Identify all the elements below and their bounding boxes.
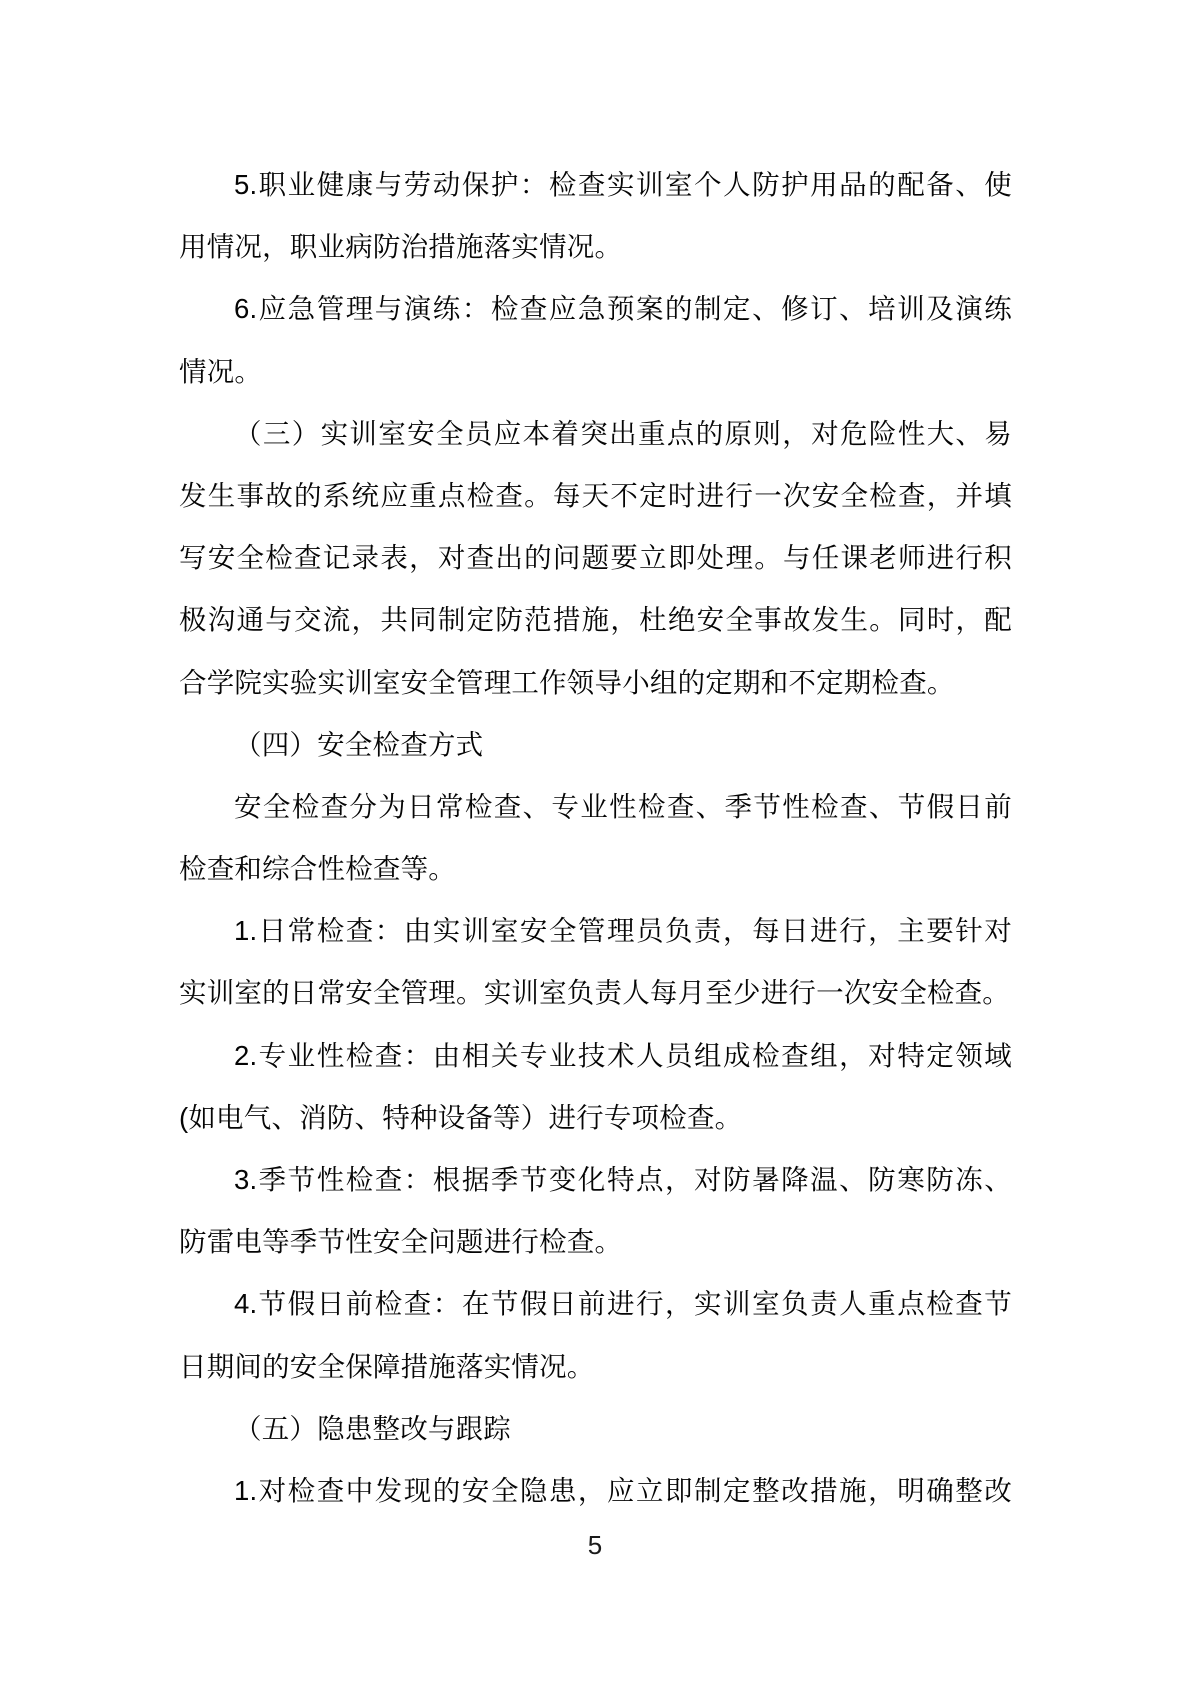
paragraph-line: (如电气、消防、特种设备等）进行专项检查。 bbox=[179, 1087, 1012, 1149]
paragraph-line: 4.节假日前检查：在节假日前进行，实训室负责人重点检查节 bbox=[179, 1273, 1012, 1335]
paragraph-line: 情况。 bbox=[179, 341, 1012, 403]
paragraph-line: 实训室的日常安全管理。实训室负责人每月至少进行一次安全检查。 bbox=[179, 962, 1012, 1024]
paragraph-line: 安全检查分为日常检查、专业性检查、季节性检查、节假日前 bbox=[179, 776, 1012, 838]
paragraph-line: 合学院实验实训室安全管理工作领导小组的定期和不定期检查。 bbox=[179, 652, 1012, 714]
section-heading-line: （五）隐患整改与跟踪 bbox=[179, 1398, 1012, 1460]
section-heading-line: （四）安全检查方式 bbox=[179, 714, 1012, 776]
paragraph-line: 1.对检查中发现的安全隐患，应立即制定整改措施，明确整改 bbox=[179, 1460, 1012, 1522]
paragraph-line: 检查和综合性检查等。 bbox=[179, 838, 1012, 900]
paragraph-line: 用情况，职业病防治措施落实情况。 bbox=[179, 216, 1012, 278]
paragraph-line: 5.职业健康与劳动保护：检查实训室个人防护用品的配备、使 bbox=[179, 154, 1012, 216]
paragraph-line: 1.日常检查：由实训室安全管理员负责，每日进行，主要针对 bbox=[179, 900, 1012, 962]
paragraph-line: 写安全检查记录表，对查出的问题要立即处理。与任课老师进行积 bbox=[179, 527, 1012, 589]
paragraph-line: 2.专业性检查：由相关专业技术人员组成检查组，对特定领域 bbox=[179, 1025, 1012, 1087]
document-text-block: 5.职业健康与劳动保护：检查实训室个人防护用品的配备、使 用情况，职业病防治措施… bbox=[179, 154, 1012, 1522]
paragraph-line: 3.季节性检查：根据季节变化特点，对防暑降温、防寒防冻、 bbox=[179, 1149, 1012, 1211]
paragraph-line: 发生事故的系统应重点检查。每天不定时进行一次安全检查，并填 bbox=[179, 465, 1012, 527]
paragraph-line: 6.应急管理与演练：检查应急预案的制定、修订、培训及演练 bbox=[179, 278, 1012, 340]
paragraph-line: 日期间的安全保障措施落实情况。 bbox=[179, 1336, 1012, 1398]
paragraph-line: 极沟通与交流，共同制定防范措施，杜绝安全事故发生。同时，配 bbox=[179, 589, 1012, 651]
paragraph-line: 防雷电等季节性安全问题进行检查。 bbox=[179, 1211, 1012, 1273]
page-number: 5 bbox=[0, 1530, 1190, 1560]
paragraph-line: （三）实训室安全员应本着突出重点的原则，对危险性大、易 bbox=[179, 403, 1012, 465]
document-page: 5.职业健康与劳动保护：检查实训室个人防护用品的配备、使 用情况，职业病防治措施… bbox=[0, 0, 1190, 1683]
